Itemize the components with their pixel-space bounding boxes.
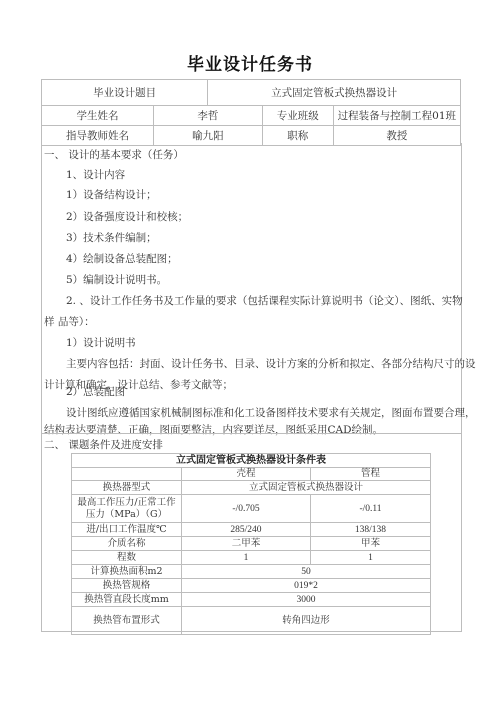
cond-row: 换热管直段长度mm 3000 (72, 593, 431, 607)
cond-shell-value: 285/240 (182, 523, 311, 537)
cond-header-shell: 壳程 (182, 468, 311, 481)
cond-label: 最高工作压力/正常工作 压力（MPa）（G） (72, 495, 182, 523)
design-item-4: 4）绘制设备总装配图； (66, 251, 178, 266)
cond-shell-value: 1 (182, 551, 311, 565)
cond-title-row: 立式固定管板式换热器设计条件表 (72, 454, 431, 468)
cond-value: 50 (182, 565, 431, 579)
cond-label: 换热管布置形式 (72, 607, 182, 635)
design-item-3: 3）技术条件编制； (66, 230, 157, 245)
section1-sub2-line1: 2. 、设计工作任务书及工作量的要求（包括课程实际计算说明书（论文）、图纸、实物 (66, 293, 463, 308)
major-label: 专业班级 (262, 106, 333, 126)
cond-row: 换热管规格 019*2 (72, 579, 431, 593)
info-row-student: 学生姓名 李哲 专业班级 过程装备与控制工程01班 (42, 106, 461, 126)
cond-tube-value: -/0.11 (311, 495, 431, 523)
part2-title: 2）总装配图 (66, 384, 125, 399)
cond-row: 换热器型式 立式固定管板式换热器设计 (72, 481, 431, 495)
cond-header-blank (72, 468, 182, 481)
cond-tube-value: 1 (311, 551, 431, 565)
cond-row: 进/出口工作温度℃ 285/240 138/138 (72, 523, 431, 537)
design-item-1: 1）设备结构设计； (66, 187, 157, 202)
part1-title: 1）设计说明书 (66, 335, 136, 350)
cond-shell-value: -/0.705 (182, 495, 311, 523)
cond-row: 换热管布置形式 转角四边形 (72, 607, 431, 635)
section-divider (41, 433, 461, 434)
cond-row: 介质名称 二甲苯 甲苯 (72, 537, 431, 551)
cond-label: 介质名称 (72, 537, 182, 551)
info-table: 毕业设计题目 立式固定管板式换热器设计 学生姓名 李哲 专业班级 过程装备与控制… (41, 79, 461, 146)
section2-heading: 二、 课题条件及进度安排 (44, 437, 163, 452)
topic-value: 立式固定管板式换热器设计 (208, 80, 461, 106)
cond-tube-value: 甲苯 (311, 537, 431, 551)
major-value: 过程装备与控制工程01班 (333, 106, 460, 126)
cond-value: 转角四边形 (182, 607, 431, 635)
cond-label: 换热器型式 (72, 481, 182, 495)
cond-label: 换热管规格 (72, 579, 182, 593)
part2-line1: 设计图纸应遵循国家机械制图标准和化工设备图样技术要求有关规定，图面布置要合理， (66, 405, 476, 420)
section1-sub2-line2: 样 品等）： (44, 314, 95, 329)
document-title: 毕业设计任务书 (0, 50, 500, 75)
part1-line1: 主要内容包括：封面、设计任务书、目录、设计方案的分析和拟定、各部分结构尺寸的设 (66, 356, 476, 371)
cond-header-row: 壳程 管程 (72, 468, 431, 481)
cond-label: 计算换热面积m2 (72, 565, 182, 579)
cond-table-title: 立式固定管板式换热器设计条件表 (72, 454, 431, 468)
cond-tube-value: 138/138 (311, 523, 431, 537)
cond-row: 计算换热面积m2 50 (72, 565, 431, 579)
cond-value: 3000 (182, 593, 431, 607)
design-item-2: 2）设备强度设计和校核； (66, 209, 188, 224)
cond-row: 程数 1 1 (72, 551, 431, 565)
design-item-5: 5）编制设计说明书。 (66, 272, 167, 287)
cond-label: 换热管直段长度mm (72, 593, 182, 607)
conditions-table: 立式固定管板式换热器设计条件表 壳程 管程 换热器型式 立式固定管板式换热器设计… (71, 453, 431, 635)
section1-heading: 一、 设计的基本要求（任务） (44, 147, 184, 162)
student-value: 李哲 (154, 106, 263, 126)
topic-label: 毕业设计题目 (42, 80, 208, 106)
cond-shell-value: 二甲苯 (182, 537, 311, 551)
section1-sub1: 1、设计内容 (66, 167, 125, 182)
cond-label: 进/出口工作温度℃ (72, 523, 182, 537)
cond-row: 最高工作压力/正常工作 压力（MPa）（G） -/0.705 -/0.11 (72, 495, 431, 523)
cond-header-tube: 管程 (311, 468, 431, 481)
cond-value: 019*2 (182, 579, 431, 593)
info-row-topic: 毕业设计题目 立式固定管板式换热器设计 (42, 80, 461, 106)
cond-value: 立式固定管板式换热器设计 (182, 481, 431, 495)
student-label: 学生姓名 (42, 106, 154, 126)
cond-label: 程数 (72, 551, 182, 565)
